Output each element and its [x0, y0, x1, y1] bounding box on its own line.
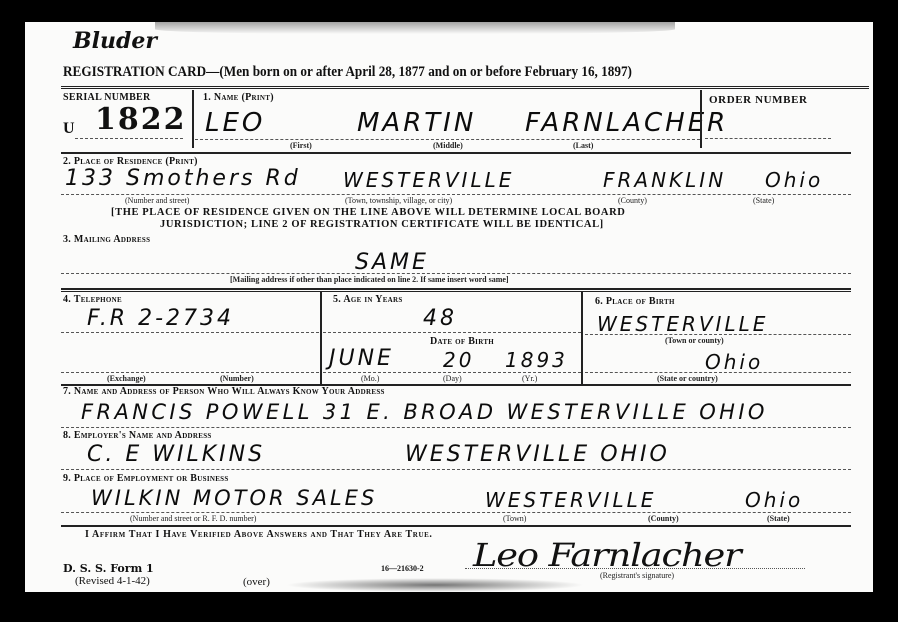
card-title: REGISTRATION CARD—(Men born on or after … — [63, 64, 632, 81]
birth-month: June — [329, 346, 394, 371]
birth-day: 20 — [443, 348, 474, 372]
mailing-address-label: 3. Mailing Address — [63, 234, 150, 245]
employment-place-town: Westerville — [485, 488, 656, 512]
affirmation-text: I Affirm That I Have Verified Above Answ… — [85, 529, 432, 540]
serial-number-value: 1822 — [95, 102, 187, 137]
town-caption: (Town, township, village, or city) — [345, 196, 452, 205]
registration-card: Bluder REGISTRATION CARD—(Men born on or… — [25, 22, 873, 592]
last-caption: (Last) — [573, 141, 593, 150]
employer-label: 8. Employer's Name and Address — [63, 430, 212, 441]
name-label: 1. Name (Print) — [203, 92, 274, 103]
scan-smudge — [155, 22, 675, 34]
employment-county-caption: (County) — [648, 514, 679, 523]
over-note: (over) — [243, 576, 270, 588]
birth-date-label: Date of Birth — [430, 336, 494, 347]
residence-street: 133 Smothers Rd — [65, 166, 301, 191]
residence-town: Westerville — [343, 168, 514, 192]
birth-year: 1893 — [505, 348, 568, 372]
contact-person-label: 7. Name and Address of Person Who Will A… — [63, 386, 385, 397]
middle-name: Martin — [357, 108, 476, 138]
birth-place-state: Ohio — [705, 350, 763, 374]
state-caption: (State) — [753, 196, 774, 205]
top-annotation: Bluder — [73, 28, 157, 54]
employment-place-state: Ohio — [745, 488, 803, 512]
number-caption: (Number) — [220, 374, 254, 383]
first-name: Leo — [205, 108, 265, 138]
employer-name: C. E Wilkins — [87, 442, 265, 467]
mailing-caption: [Mailing address if other than place ind… — [230, 275, 509, 284]
last-name: Farnlacher — [525, 108, 728, 138]
employment-street-caption: (Number and street or R. F. D. number) — [130, 514, 256, 523]
birth-place-label: 6. Place of Birth — [595, 296, 675, 307]
order-number-label: ORDER NUMBER — [709, 94, 808, 106]
birth-place-town: Westerville — [597, 312, 768, 336]
year-caption: (Yr.) — [522, 374, 537, 383]
serial-prefix: U — [63, 120, 75, 138]
age-value: 48 — [423, 306, 457, 331]
jurisdiction-notice-line1: [THE PLACE OF RESIDENCE GIVEN ON THE LIN… — [111, 207, 625, 218]
print-code: 16—21630-2 — [381, 564, 424, 573]
middle-caption: (Middle) — [433, 141, 463, 150]
day-caption: (Day) — [443, 374, 462, 383]
residence-county: Franklin — [603, 168, 726, 192]
form-name: D. S. S. Form 1 — [63, 562, 154, 575]
employment-town-caption: (Town) — [503, 514, 526, 523]
first-caption: (First) — [290, 141, 312, 150]
residence-state: Ohio — [765, 168, 823, 192]
signature-caption: (Registrant's signature) — [600, 571, 674, 580]
county-caption: (County) — [618, 196, 647, 205]
contact-person-value: Francis Powell 31 E. Broad Westerville O… — [81, 400, 768, 424]
telephone-value: F.R 2-2734 — [87, 306, 234, 331]
revised-date: (Revised 4-1-42) — [75, 575, 150, 587]
employment-place-street: Wilkin Motor Sales — [91, 486, 377, 510]
telephone-label: 4. Telephone — [63, 294, 122, 305]
exchange-caption: (Exchange) — [107, 374, 146, 383]
month-caption: (Mo.) — [361, 374, 379, 383]
employer-address: Westerville Ohio — [405, 442, 670, 467]
town-or-county-caption: (Town or county) — [665, 336, 724, 345]
employment-state-caption: (State) — [767, 514, 790, 523]
scan-smudge — [285, 578, 585, 592]
street-caption: (Number and street) — [125, 196, 189, 205]
jurisdiction-notice-line2: JURISDICTION; LINE 2 OF REGISTRATION CER… — [160, 219, 604, 230]
state-or-country-caption: (State or country) — [657, 374, 718, 383]
age-label: 5. Age in Years — [333, 294, 403, 305]
employment-place-label: 9. Place of Employment or Business — [63, 473, 229, 484]
mailing-address-value: Same — [355, 250, 429, 275]
